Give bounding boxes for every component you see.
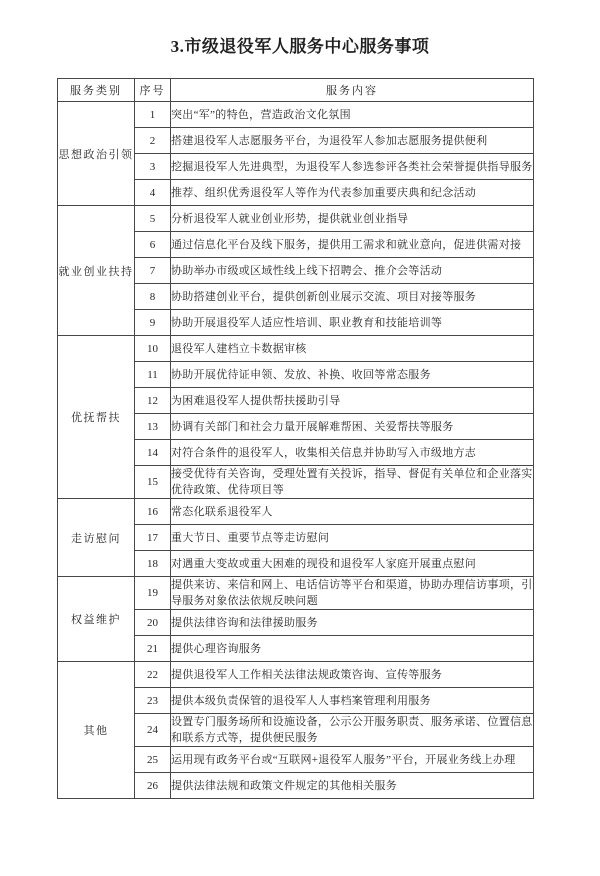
row-content: 协助举办市级或区域性线上线下招聘会、推介会等活动 <box>171 258 534 284</box>
row-content: 突出“军”的特色，营造政治文化氛围 <box>171 102 534 128</box>
service-items-table: 服务类别 序号 服务内容 思想政治引领 1 突出“军”的特色，营造政治文化氛围 … <box>57 78 534 799</box>
row-content: 设置专门服务场所和设施设备，公示公开服务职责、服务承诺、位置信息和联系方式等，提… <box>171 714 534 747</box>
category-cell: 走访慰问 <box>58 499 135 577</box>
column-header-index: 序号 <box>135 79 171 102</box>
row-content: 协助搭建创业平台，提供创新创业展示交流、项目对接等服务 <box>171 284 534 310</box>
column-header-category: 服务类别 <box>58 79 135 102</box>
row-content: 退役军人建档立卡数据审核 <box>171 336 534 362</box>
table-row: 优抚帮扶 10 退役军人建档立卡数据审核 <box>58 336 534 362</box>
row-content: 协助开展退役军人适应性培训、职业教育和技能培训等 <box>171 310 534 336</box>
row-content: 对符合条件的退役军人，收集相关信息并协助写入市级地方志 <box>171 440 534 466</box>
row-content: 协助开展优待证申领、发放、补换、收回等常态服务 <box>171 362 534 388</box>
row-content: 运用现有政务平台或“互联网+退役军人服务”平台，开展业务线上办理 <box>171 747 534 773</box>
row-content: 搭建退役军人志愿服务平台，为退役军人参加志愿服务提供便利 <box>171 128 534 154</box>
row-index: 17 <box>135 525 171 551</box>
row-index: 11 <box>135 362 171 388</box>
row-index: 23 <box>135 688 171 714</box>
row-content: 提供心理咨询服务 <box>171 636 534 662</box>
row-index: 24 <box>135 714 171 747</box>
row-content: 对遇重大变故或重大困难的现役和退役军人家庭开展重点慰问 <box>171 551 534 577</box>
table-row: 权益维护 19 提供来访、来信和网上、电话信访等平台和渠道，协助办理信访事项，引… <box>58 577 534 610</box>
row-index: 19 <box>135 577 171 610</box>
row-index: 14 <box>135 440 171 466</box>
row-index: 4 <box>135 180 171 206</box>
row-index: 18 <box>135 551 171 577</box>
category-cell: 就业创业扶持 <box>58 206 135 336</box>
row-index: 2 <box>135 128 171 154</box>
table-header-row: 服务类别 序号 服务内容 <box>58 79 534 102</box>
row-content: 协调有关部门和社会力量开展解难帮困、关爱帮扶等服务 <box>171 414 534 440</box>
table-row: 思想政治引领 1 突出“军”的特色，营造政治文化氛围 <box>58 102 534 128</box>
row-content: 提供本级负责保管的退役军人人事档案管理利用服务 <box>171 688 534 714</box>
row-content: 重大节日、重要节点等走访慰问 <box>171 525 534 551</box>
row-index: 25 <box>135 747 171 773</box>
table-row: 走访慰问 16 常态化联系退役军人 <box>58 499 534 525</box>
page-title: 3.市级退役军人服务中心服务事项 <box>0 32 600 57</box>
row-index: 22 <box>135 662 171 688</box>
row-index: 8 <box>135 284 171 310</box>
row-index: 6 <box>135 232 171 258</box>
row-content: 接受优待有关咨询，受理处置有关投诉，指导、督促有关单位和企业落实优待政策、优待项… <box>171 466 534 499</box>
category-cell: 思想政治引领 <box>58 102 135 206</box>
row-index: 16 <box>135 499 171 525</box>
row-index: 5 <box>135 206 171 232</box>
row-content: 推荐、组织优秀退役军人等作为代表参加重要庆典和纪念活动 <box>171 180 534 206</box>
row-index: 9 <box>135 310 171 336</box>
category-cell: 其他 <box>58 662 135 799</box>
table-row: 就业创业扶持 5 分析退役军人就业创业形势，提供就业创业指导 <box>58 206 534 232</box>
row-content: 为困难退役军人提供帮扶援助引导 <box>171 388 534 414</box>
row-index: 26 <box>135 773 171 799</box>
row-index: 13 <box>135 414 171 440</box>
column-header-content: 服务内容 <box>171 79 534 102</box>
row-content: 提供退役军人工作相关法律法规政策咨询、宣传等服务 <box>171 662 534 688</box>
row-index: 20 <box>135 610 171 636</box>
row-index: 21 <box>135 636 171 662</box>
table-row: 其他 22 提供退役军人工作相关法律法规政策咨询、宣传等服务 <box>58 662 534 688</box>
row-index: 12 <box>135 388 171 414</box>
row-content: 提供法律法规和政策文件规定的其他相关服务 <box>171 773 534 799</box>
category-cell: 优抚帮扶 <box>58 336 135 499</box>
row-index: 3 <box>135 154 171 180</box>
category-cell: 权益维护 <box>58 577 135 662</box>
row-content: 提供法律咨询和法律援助服务 <box>171 610 534 636</box>
row-index: 7 <box>135 258 171 284</box>
row-content: 通过信息化平台及线下服务，提供用工需求和就业意向，促进供需对接 <box>171 232 534 258</box>
row-content: 提供来访、来信和网上、电话信访等平台和渠道，协助办理信访事项，引导服务对象依法依… <box>171 577 534 610</box>
row-index: 1 <box>135 102 171 128</box>
row-index: 15 <box>135 466 171 499</box>
row-index: 10 <box>135 336 171 362</box>
row-content: 分析退役军人就业创业形势，提供就业创业指导 <box>171 206 534 232</box>
row-content: 挖掘退役军人先进典型，为退役军人参选参评各类社会荣誉提供指导服务 <box>171 154 534 180</box>
row-content: 常态化联系退役军人 <box>171 499 534 525</box>
